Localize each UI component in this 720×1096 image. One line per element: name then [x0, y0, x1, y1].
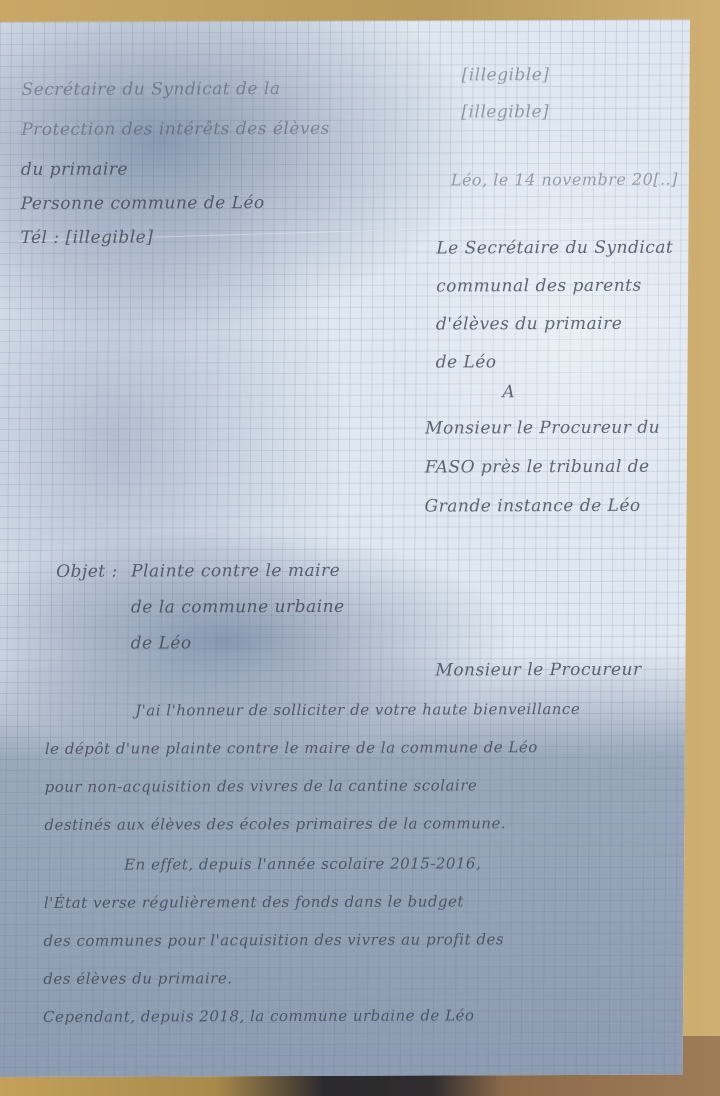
body-line: En effet, depuis l'année scolaire 2015-2… [124, 854, 481, 873]
sender-line: Secrétaire du Syndicat de la [21, 79, 280, 100]
from-line: Le Secrétaire du Syndicat [436, 238, 673, 259]
salutation: Monsieur le Procureur [435, 660, 641, 681]
letter-page: Secrétaire du Syndicat de la Protection … [0, 20, 690, 1077]
body-line: le dépôt d'une plainte contre le maire d… [45, 738, 538, 758]
body-line: pour non-acquisition des vivres de la ca… [45, 776, 478, 796]
sender-line: Personne commune de Léo [21, 193, 265, 214]
body-line: l'État verse régulièrement des fonds dan… [44, 892, 464, 911]
from-block: Le Secrétaire du Syndicat communal des p… [0, 20, 690, 22]
recipient-line: Grande instance de Léo [425, 496, 641, 517]
recipient-block: Monsieur le Procureur du FASO près le tr… [0, 20, 690, 22]
objet-line: de Léo [131, 633, 192, 653]
letter-body: J'ai l'honneur de solliciter de votre ha… [0, 20, 690, 22]
body-line: des élèves du primaire. [43, 969, 232, 988]
from-line: de Léo [436, 352, 497, 372]
date-line: Léo, le 14 novembre 20[..] [451, 170, 678, 190]
objet-line: Plainte contre le maire [131, 561, 340, 582]
sender-line: Protection des intérêts des élèves [21, 119, 330, 140]
body-line: des communes pour l'acquisition des vivr… [44, 930, 505, 950]
to-marker: A [502, 382, 515, 402]
body-line: destinés aux élèves des écoles primaires… [44, 814, 506, 834]
top-right-block: [illegible] [illegible] Léo, le 14 novem… [0, 20, 690, 22]
objet-line: de la commune urbaine [131, 597, 345, 618]
sender-block: Secrétaire du Syndicat de la Protection … [0, 20, 690, 22]
objet-label: Objet : [56, 562, 118, 582]
recipient-line: Monsieur le Procureur du [425, 418, 660, 439]
from-line: communal des parents [436, 276, 642, 297]
body-line: J'ai l'honneur de solliciter de votre ha… [135, 700, 580, 720]
top-right-line: [illegible] [461, 102, 549, 122]
body-line: Cependant, depuis 2018, la commune urbai… [43, 1006, 475, 1026]
sender-line: du primaire [21, 160, 128, 180]
top-right-line: [illegible] [462, 65, 550, 85]
from-line: d'élèves du primaire [436, 314, 623, 335]
recipient-line: FASO près le tribunal de [425, 457, 650, 478]
sender-line: Tél : [illegible] [20, 227, 153, 247]
objet-block: Objet : Plainte contre le maire de la co… [0, 20, 690, 22]
